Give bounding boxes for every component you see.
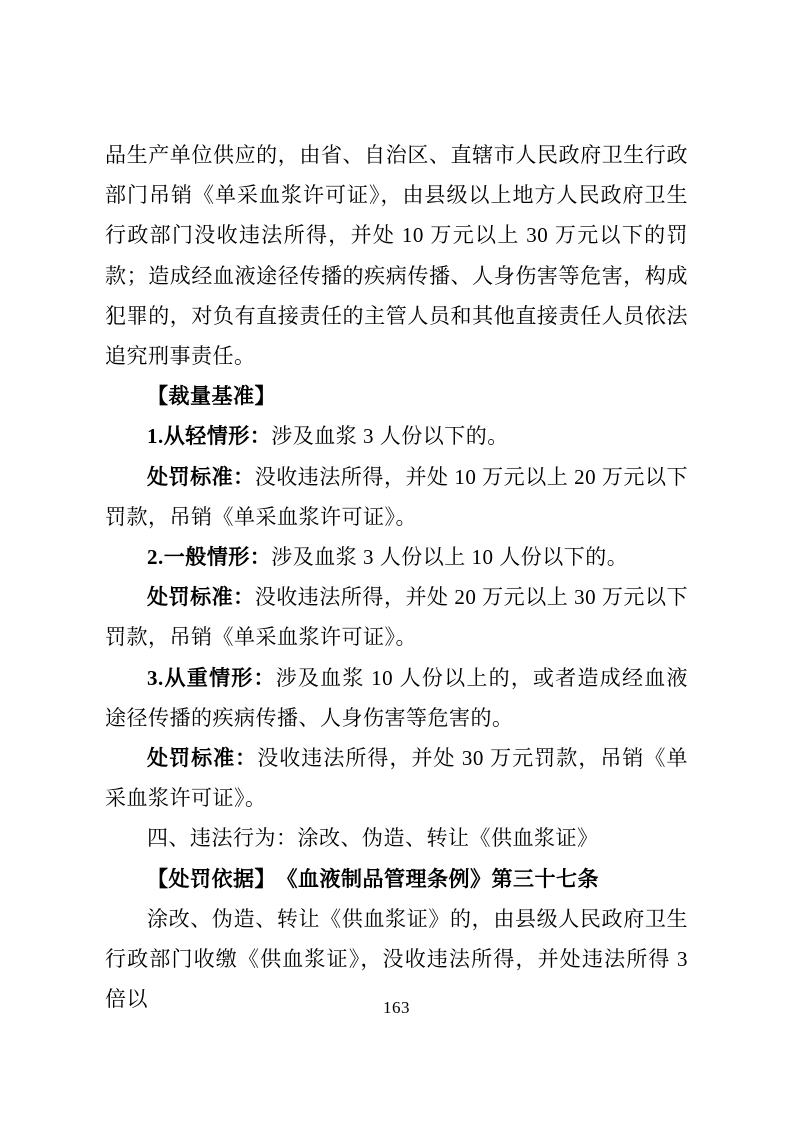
text-segment: 品生产单位供应的，由省、自治区、直辖市人民政府卫生行政部门吊销《单采血浆许可证》… — [105, 143, 688, 368]
bold-text-segment: 处罚标准： — [147, 746, 257, 770]
para-penalty-continuation: 品生产单位供应的，由省、自治区、直辖市人民政府卫生行政部门吊销《单采血浆许可证》… — [105, 135, 688, 376]
document-page: 品生产单位供应的，由省、自治区、直辖市人民政府卫生行政部门吊销《单采血浆许可证》… — [0, 0, 793, 1122]
text-segment: 涉及血浆 3 人份以下的。 — [271, 424, 509, 448]
bold-text-segment: 处罚标准： — [147, 465, 255, 489]
item-penalty-standard-light: 处罚标准：没收违法所得，并处 10 万元以上 20 万元以下罚款，吊销《单采血浆… — [105, 457, 688, 537]
text-segment: 涉及血浆 3 人份以上 10 人份以下的。 — [271, 545, 628, 569]
bold-text-segment: 【处罚依据】 《血液制品管理条例》第三十七条 — [147, 867, 599, 891]
item-light-circumstance: 1.从轻情形：涉及血浆 3 人份以下的。 — [105, 416, 688, 456]
item-penalty-standard-severe: 处罚标准：没收违法所得，并处 30 万元罚款，吊销《单采血浆许可证》。 — [105, 738, 688, 818]
item-penalty-standard-general: 处罚标准：没收违法所得，并处 20 万元以上 30 万元以下罚款，吊销《单采血浆… — [105, 577, 688, 657]
bold-text-segment: 1.从轻情形： — [147, 424, 271, 448]
para-illegal-act-four: 四、违法行为：涂改、伪造、转让《供血浆证》 — [105, 818, 688, 858]
bold-text-segment: 2.一般情形： — [147, 545, 271, 569]
bold-text-segment: 处罚标准： — [147, 585, 255, 609]
item-general-circumstance: 2.一般情形：涉及血浆 3 人份以上 10 人份以下的。 — [105, 537, 688, 577]
document-body: 品生产单位供应的，由省、自治区、直辖市人民政府卫生行政部门吊销《单采血浆许可证》… — [105, 135, 688, 1019]
page-number: 163 — [0, 998, 793, 1018]
text-segment: 四、违法行为：涂改、伪造、转让《供血浆证》 — [147, 826, 599, 850]
text-segment: 涂改、伪造、转让《供血浆证》的，由县级人民政府卫生行政部门收缴《供血浆证》，没收… — [105, 907, 688, 1011]
heading-penalty-basis: 【处罚依据】 《血液制品管理条例》第三十七条 — [105, 859, 688, 899]
heading-discretion-basis: 【裁量基准】 — [105, 376, 688, 416]
bold-text-segment: 【裁量基准】 — [147, 384, 276, 408]
bold-text-segment: 3.从重情形： — [147, 666, 276, 690]
item-severe-circumstance: 3.从重情形：涉及血浆 10 人份以上的，或者造成经血液途径传播的疾病传播、人身… — [105, 658, 688, 738]
